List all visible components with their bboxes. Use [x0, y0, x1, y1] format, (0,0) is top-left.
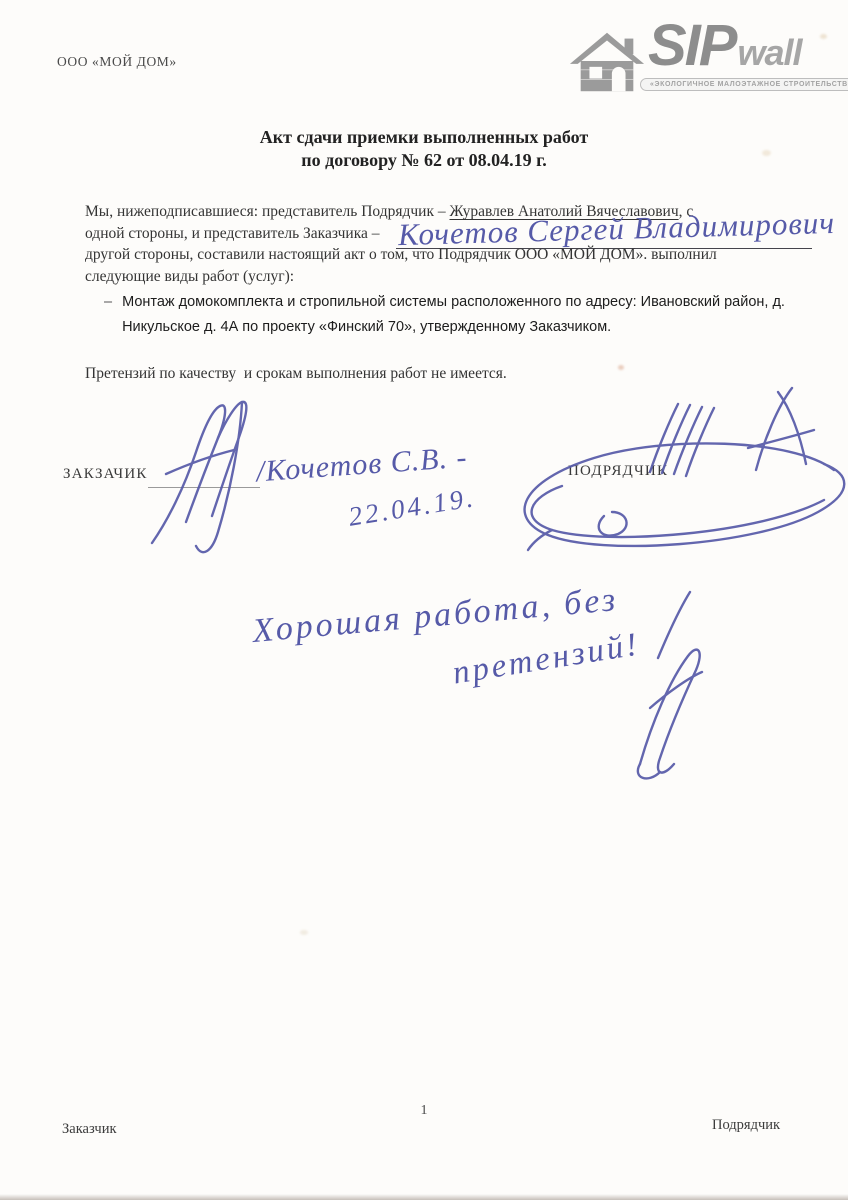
- brand-sip: SIP: [648, 12, 736, 79]
- sipwall-logo: SIPwall «ЭКОЛОГИЧНОЕ МАЛОЭТАЖНОЕ СТРОИТЕ…: [568, 20, 840, 104]
- bullet-dash: –: [104, 290, 112, 340]
- document-page: ООО «МОЙ ДОМ» SIPwall «ЭКОЛОГИЧНОЕ МАЛОЭ…: [0, 0, 848, 1200]
- brand-wall: wall: [738, 32, 802, 74]
- scan-speck: [820, 34, 827, 39]
- house-icon: [568, 28, 646, 94]
- footer-contractor-label: Подрядчик: [712, 1117, 780, 1134]
- note-slash: [658, 592, 690, 658]
- customer-signature-label: ЗАКЗАЧИК: [63, 466, 148, 483]
- scan-speck: [300, 930, 308, 935]
- company-name: ООО «МОЙ ДОМ»: [57, 54, 177, 70]
- scan-speck: [762, 150, 771, 156]
- footer-customer-label: Заказчик: [62, 1121, 117, 1138]
- handwritten-customer-shortname: /Кочетов С.В. -: [255, 441, 468, 490]
- brand-wordmark: SIPwall: [648, 12, 802, 79]
- handwritten-note-line2: претензий!: [450, 626, 642, 692]
- customer-signature-line: [148, 466, 260, 488]
- page-number: 1: [414, 1103, 434, 1119]
- title-line1: Акт сдачи приемки выполненных работ: [0, 126, 848, 149]
- logo-tagline: «ЭКОЛОГИЧНОЕ МАЛОЭТАЖНОЕ СТРОИТЕЛЬСТВО»: [640, 78, 848, 91]
- works-list-item: – Монтаж домокомплекта и стропильной сис…: [104, 290, 804, 340]
- title-line2: по договору № 62 от 08.04.19 г.: [0, 149, 848, 172]
- contractor-signature-label: ПОДРЯДЧИК: [568, 463, 668, 480]
- claims-statement: Претензий по качеству и срокам выполнени…: [85, 365, 507, 383]
- paragraph-line1-start: Мы, нижеподписавшиеся: представитель Под…: [85, 203, 450, 220]
- handwritten-date: 22.04.19.: [346, 482, 478, 533]
- bullet-text: Монтаж домокомплекта и стропильной систе…: [122, 290, 800, 340]
- document-title: Акт сдачи приемки выполненных работ по д…: [0, 126, 848, 172]
- paragraph-line4: следующие виды работ (услуг):: [85, 268, 805, 286]
- note-signature: [638, 650, 702, 779]
- scan-speck: [618, 365, 624, 370]
